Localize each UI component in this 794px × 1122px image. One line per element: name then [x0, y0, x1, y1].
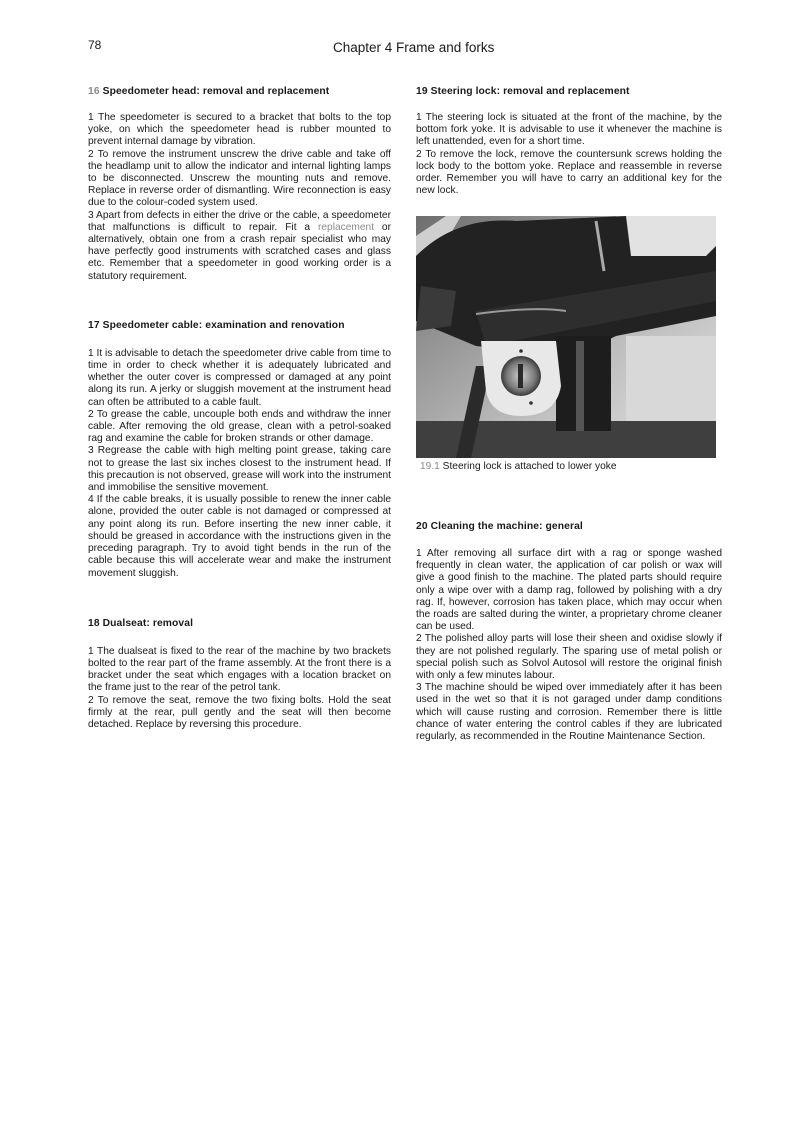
section-16-title: Speedometer head: removal and replacemen…: [103, 86, 330, 97]
section-17-para-4: 4 If the cable breaks, it is usually pos…: [88, 494, 391, 579]
section-16-para-2: 2 To remove the instrument unscrew the d…: [88, 149, 391, 210]
section-20-number: 20: [416, 521, 428, 532]
section-20-para-3: 3 The machine should be wiped over immed…: [416, 682, 722, 743]
right-column-lower: 20 Cleaning the machine: general 1 After…: [416, 521, 722, 743]
section-17: 17 Speedometer cable: examination and re…: [88, 320, 391, 580]
page-number: 78: [88, 38, 101, 52]
section-16: 16 Speedometer head: removal and replace…: [88, 86, 391, 283]
section-16-para-1: 1 The speedometer is secured to a bracke…: [88, 112, 391, 149]
section-16-para-3: 3 Apart from defects in either the drive…: [88, 210, 391, 283]
section-18-para-1: 1 The dualseat is fixed to the rear of t…: [88, 646, 391, 695]
section-18: 18 Dualseat: removal 1 The dualseat is f…: [88, 618, 391, 731]
section-16-number: 16: [88, 86, 100, 97]
section-18-para-2: 2 To remove the seat, remove the two fix…: [88, 695, 391, 732]
section-18-title: Dualseat: removal: [103, 618, 193, 629]
section-20-para-1: 1 After removing all surface dirt with a…: [416, 548, 722, 633]
section-17-para-1: 1 It is advisable to detach the speedome…: [88, 348, 391, 409]
figure-19-1-photo: [416, 216, 716, 458]
section-20-heading: 20 Cleaning the machine: general: [416, 521, 722, 532]
section-17-heading: 17 Speedometer cable: examination and re…: [88, 320, 391, 331]
section-20-para-2: 2 The polished alloy parts will lose the…: [416, 633, 722, 682]
section-19-para-1: 1 The steering lock is situated at the f…: [416, 112, 722, 149]
section-20-title: Cleaning the machine: general: [431, 521, 583, 532]
section-17-title: Speedometer cable: examination and renov…: [103, 320, 345, 331]
figure-number: 19.1: [420, 461, 440, 472]
section-19-title: Steering lock: removal and replacement: [431, 86, 630, 97]
section-19: 19 Steering lock: removal and replacemen…: [416, 86, 722, 197]
section-17-para-2: 2 To grease the cable, uncouple both end…: [88, 409, 391, 446]
figure-19-1-caption: 19.1 Steering lock is attached to lower …: [420, 461, 617, 472]
section-19-para-2: 2 To remove the lock, remove the counter…: [416, 149, 722, 198]
right-column: 19 Steering lock: removal and replacemen…: [416, 86, 722, 197]
replacement-link: replacement: [318, 222, 374, 233]
steering-lock-photo-icon: [416, 216, 716, 458]
section-17-number: 17: [88, 320, 100, 331]
left-column: 16 Speedometer head: removal and replace…: [88, 86, 391, 731]
running-head: Chapter 4 Frame and forks: [333, 40, 494, 55]
section-18-number: 18: [88, 618, 100, 629]
section-19-heading: 19 Steering lock: removal and replacemen…: [416, 86, 722, 97]
section-17-para-3: 3 Regrease the cable with high melting p…: [88, 445, 391, 494]
section-20: 20 Cleaning the machine: general 1 After…: [416, 521, 722, 743]
section-16-heading: 16 Speedometer head: removal and replace…: [88, 86, 391, 97]
section-18-heading: 18 Dualseat: removal: [88, 618, 391, 629]
figure-caption-text: Steering lock is attached to lower yoke: [443, 461, 617, 472]
section-19-number: 19: [416, 86, 428, 97]
